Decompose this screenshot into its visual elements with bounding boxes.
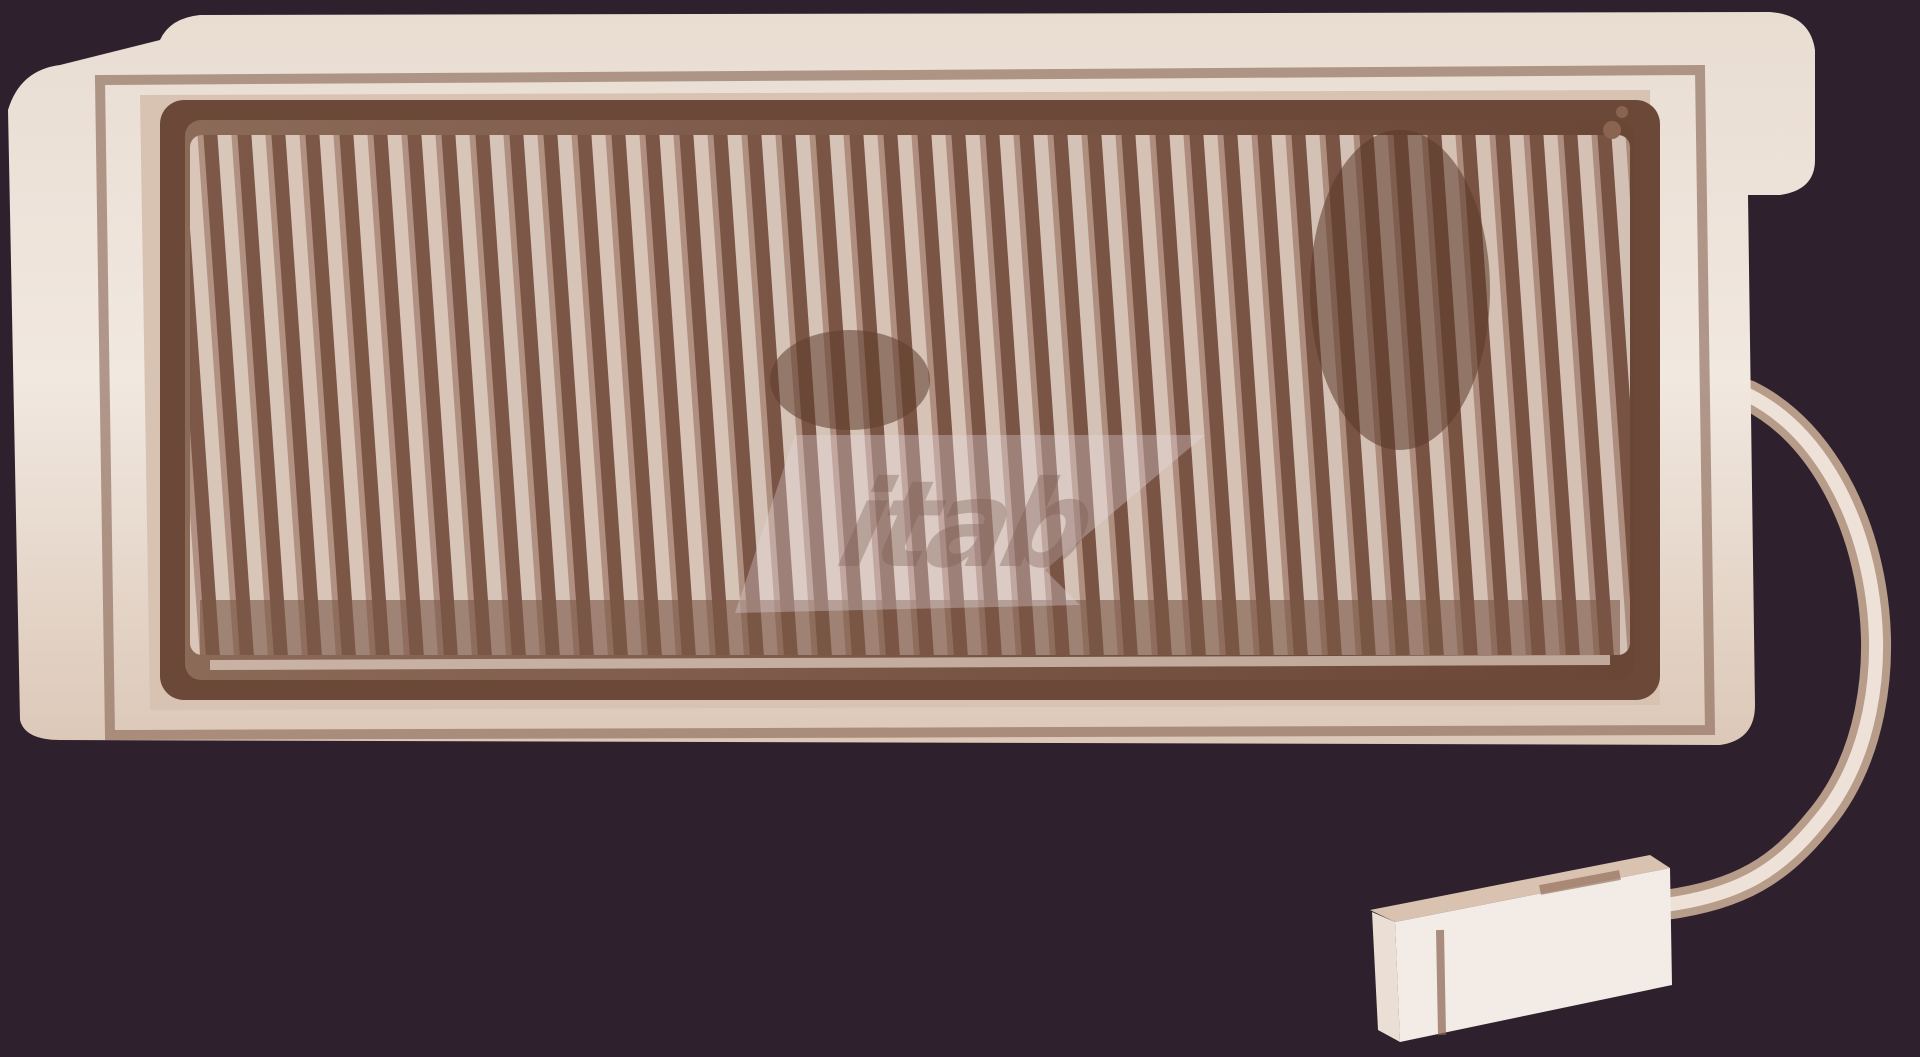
- connector-plug: [1370, 855, 1672, 1042]
- product-photo: [0, 0, 1920, 1057]
- lamp-lens: [185, 120, 1635, 680]
